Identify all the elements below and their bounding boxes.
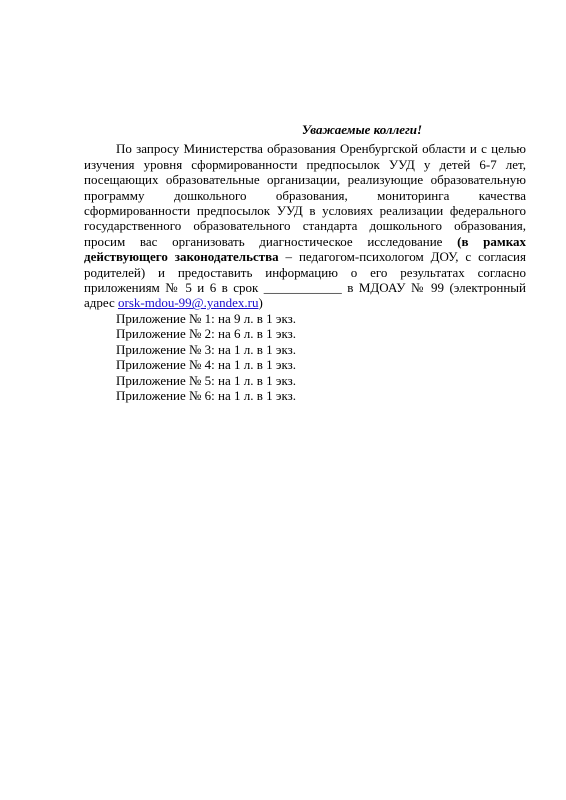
email-link[interactable]: orsk-mdou-99@.yandex.ru: [118, 295, 259, 310]
body-text-3: ): [259, 295, 263, 310]
attachment-item: Приложение № 4: на 1 л. в 1 экз.: [84, 357, 526, 372]
body-text-1: По запросу Министерства образования Орен…: [84, 141, 526, 248]
attachment-item: Приложение № 1: на 9 л. в 1 экз.: [84, 311, 526, 326]
attachment-item: Приложение № 3: на 1 л. в 1 экз.: [84, 342, 526, 357]
document-title: Уважаемые коллеги!: [84, 122, 526, 137]
attachment-item: Приложение № 6: на 1 л. в 1 экз.: [84, 388, 526, 403]
document-page: Уважаемые коллеги! По запросу Министерст…: [84, 122, 526, 403]
body-paragraph: По запросу Министерства образования Орен…: [84, 141, 526, 310]
attachment-item: Приложение № 5: на 1 л. в 1 экз.: [84, 373, 526, 388]
attachment-item: Приложение № 2: на 6 л. в 1 экз.: [84, 326, 526, 341]
attachments-list: Приложение № 1: на 9 л. в 1 экз. Приложе…: [84, 311, 526, 403]
